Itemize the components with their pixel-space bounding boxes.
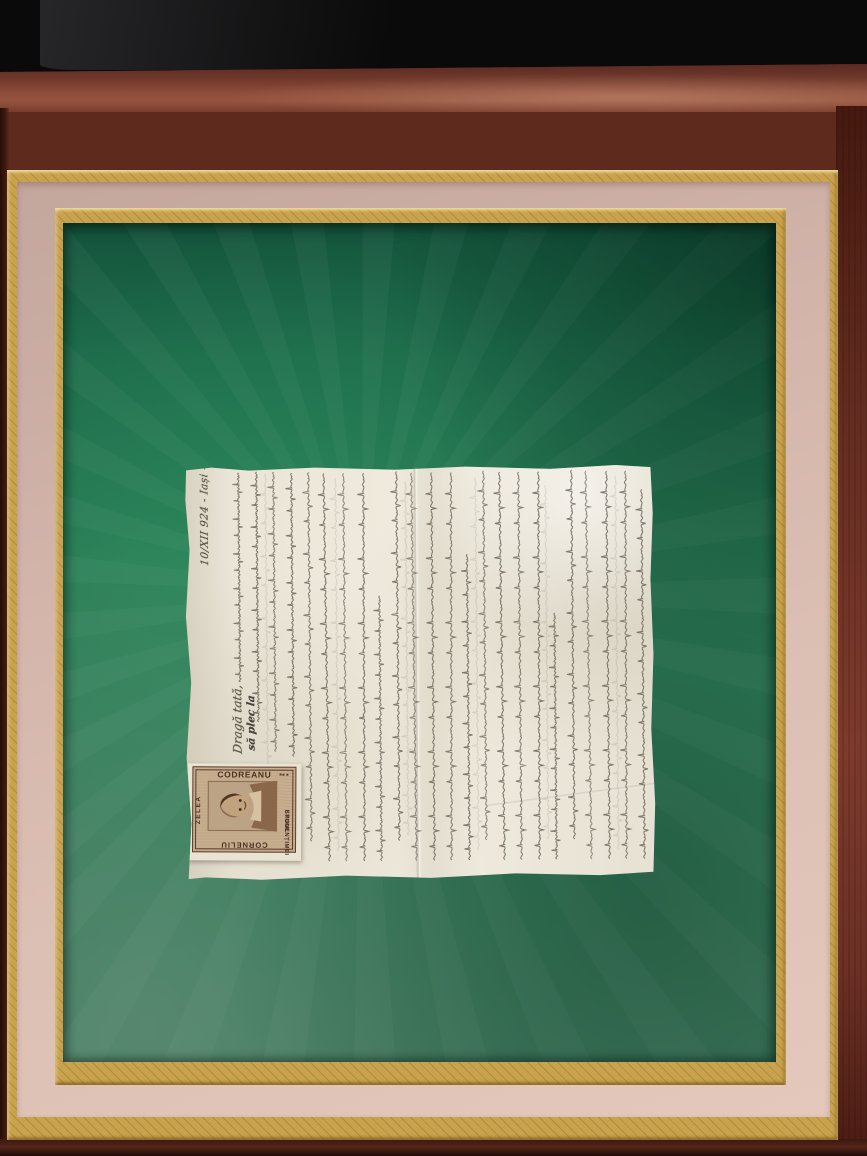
dark-backdrop [40, 0, 520, 70]
portrait-icon [207, 780, 277, 831]
fabric-liner: 10/XII 924 - Iași — Dragă tată, să plec … [17, 182, 830, 1117]
letter-salutation: Dragă tată, [230, 684, 245, 755]
stamp-title-line2: EROUL [282, 810, 289, 833]
photograph: 10/XII 924 - Iași — Dragă tată, să plec … [0, 0, 867, 1156]
stamp-mount: CODREANU ZELEA STUDENȚIMEI EROUL [187, 763, 302, 861]
stamp-name-bottom: CORNELIU [193, 840, 295, 850]
wood-frame-right [836, 106, 867, 1142]
green-mat: 10/XII 924 - Iași — Dragă tată, să plec … [63, 223, 776, 1062]
letter-paper: 10/XII 924 - Iași — Dragă tată, să plec … [183, 463, 657, 882]
ink-bleed-lines [259, 471, 622, 851]
gold-trim-inner: 10/XII 924 - Iași — Dragă tată, să plec … [55, 208, 786, 1085]
stamp-name-left: ZELEA [193, 779, 204, 839]
stamp-ornament [279, 774, 288, 776]
letter-date: 10/XII 924 - Iași — [198, 458, 211, 566]
wood-frame: 10/XII 924 - Iași — Dragă tată, să plec … [0, 60, 867, 1156]
stamp-name-left-text: ZELEA [195, 795, 202, 824]
gold-trim-outer: 10/XII 924 - Iași — Dragă tată, să plec … [7, 170, 838, 1140]
codreanu-stamp: CODREANU ZELEA STUDENȚIMEI EROUL [192, 766, 296, 853]
letter-inserted-phrase: să plec la [245, 694, 257, 751]
wood-frame-bottom [0, 1139, 867, 1156]
stamp-title-right: STUDENȚIMEI EROUL [276, 780, 302, 840]
